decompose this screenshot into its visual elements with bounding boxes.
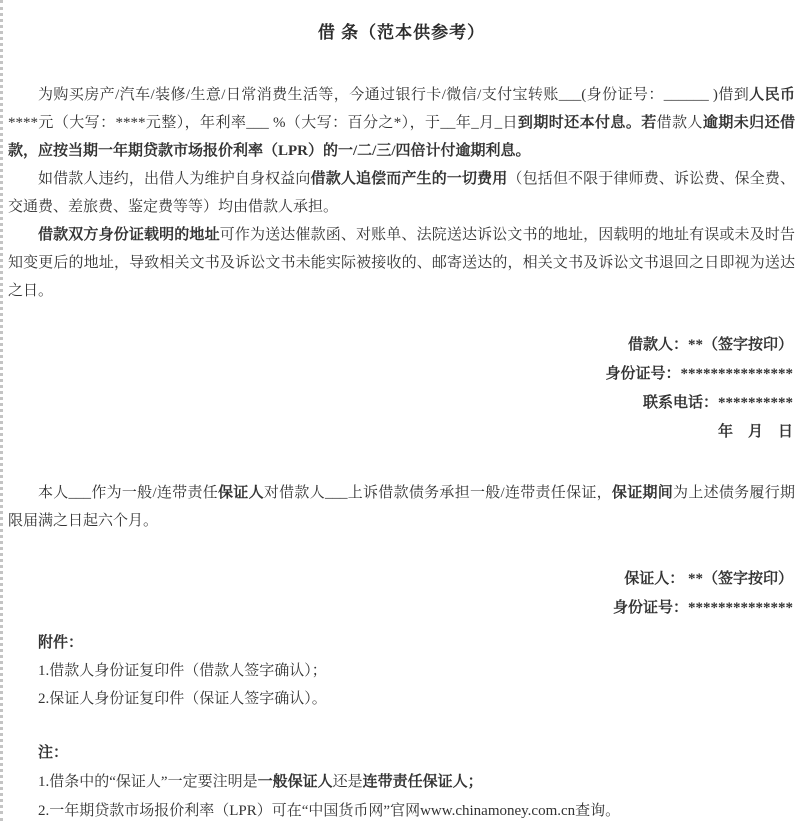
seg-guarantor-word: 保证人 xyxy=(218,485,264,501)
loan-note-document: 借 条（范本供参考） 为购买房产/汽车/装修/生意/日常消费生活等，今通过银行卡… xyxy=(0,0,800,821)
note-item-2: 2.一年期贷款市场报价利率（LPR）可在“中国货币网”官网www.chinamo… xyxy=(38,797,795,821)
document-title: 借 条（范本供参考） xyxy=(8,18,795,43)
seg-recovery-costs: 借款人追偿而产生的一切费用 xyxy=(311,171,508,187)
seg-guarantee-scope: 对借款人___上诉借款债务承担一般/连带责任保证， xyxy=(264,485,612,501)
attachments-header: 附件： xyxy=(38,629,795,657)
borrower-name-value: **（签字按印） xyxy=(688,337,793,353)
attachment-item-2: 2.保证人身份证复印件（保证人签字确认）。 xyxy=(38,685,795,713)
borrower-phone-line: 联系电话：********** xyxy=(8,389,793,418)
borrower-name-line: 借款人：**（签字按印） xyxy=(8,331,793,360)
seg-joint-guarantor: 连带责任保证人； xyxy=(363,774,483,790)
seg-amount-rate: ****元（大写：****元整），年利率___ %（大写：百分之*），于__年_… xyxy=(8,115,518,131)
borrower-id-label: 身份证号： xyxy=(605,366,680,382)
borrower-signature-block: 借款人：**（签字按印） 身份证号：*************** 联系电话：*… xyxy=(8,331,795,447)
notes-section: 注： 1.借条中的“保证人”一定要注明是一般保证人还是连带责任保证人； 2.一年… xyxy=(38,739,795,821)
seg-rmb: 人民币 xyxy=(749,87,795,103)
guarantor-name-value: **（签字按印） xyxy=(684,571,793,587)
guarantor-id-label: 身份证号： xyxy=(613,600,688,616)
guarantor-signature-block: 保证人： **（签字按印） 身份证号：************** xyxy=(8,565,795,623)
paragraph-service-address: 借款双方身份证载明的地址可作为送达催款函、对账单、法院送达诉讼文书的地址，因载明… xyxy=(8,221,795,305)
borrower-phone-label: 联系电话： xyxy=(643,395,718,411)
seg-note1-intro: 1.借条中的“保证人”一定要注明是 xyxy=(38,774,258,790)
seg-guarantee-period: 保证期间 xyxy=(612,485,673,501)
note-item-1: 1.借条中的“保证人”一定要注明是一般保证人还是连带责任保证人； xyxy=(38,768,795,797)
seg-loan-purpose: 为购买房产/汽车/装修/生意/日常消费生活等，今通过银行卡/微信/支付宝转账__… xyxy=(38,87,749,103)
seg-default-intro: 如借款人违约，出借人为维护自身权益向 xyxy=(38,171,311,187)
seg-general-guarantor: 一般保证人 xyxy=(258,774,333,790)
attachment-item-1: 1.借款人身份证复印件（借款人签字确认）； xyxy=(38,657,795,685)
seg-id-address: 借款双方身份证载明的地址 xyxy=(38,227,220,243)
guarantor-name-line: 保证人： **（签字按印） xyxy=(8,565,793,594)
attachments-section: 附件： 1.借款人身份证复印件（借款人签字确认）； 2.保证人身份证复印件（保证… xyxy=(38,629,795,713)
borrower-phone-value: ********** xyxy=(718,395,793,411)
borrower-id-value: *************** xyxy=(681,366,794,382)
guarantor-id-line: 身份证号：************** xyxy=(8,594,793,623)
borrower-id-line: 身份证号：*************** xyxy=(8,360,793,389)
paragraph-loan-terms: 为购买房产/汽车/装修/生意/日常消费生活等，今通过银行卡/微信/支付宝转账__… xyxy=(8,81,795,165)
seg-borrower-word: 借款人 xyxy=(657,115,703,131)
guarantor-name-label: 保证人： xyxy=(624,571,684,587)
borrower-name-label: 借款人： xyxy=(628,337,688,353)
guarantor-id-value: ************** xyxy=(688,600,793,616)
date-line: 年 月 日 xyxy=(8,418,793,447)
seg-repay-due: 到期时还本付息。若 xyxy=(518,115,657,131)
notes-header: 注： xyxy=(38,739,795,768)
paragraph-default-costs: 如借款人违约，出借人为维护自身权益向借款人追偿而产生的一切费用（包括但不限于律师… xyxy=(8,165,795,221)
seg-note1-or: 还是 xyxy=(333,774,363,790)
seg-guarantee-intro: 本人___作为一般/连带责任 xyxy=(38,485,218,501)
paragraph-guarantee: 本人___作为一般/连带责任保证人对借款人___上诉借款债务承担一般/连带责任保… xyxy=(8,479,795,535)
